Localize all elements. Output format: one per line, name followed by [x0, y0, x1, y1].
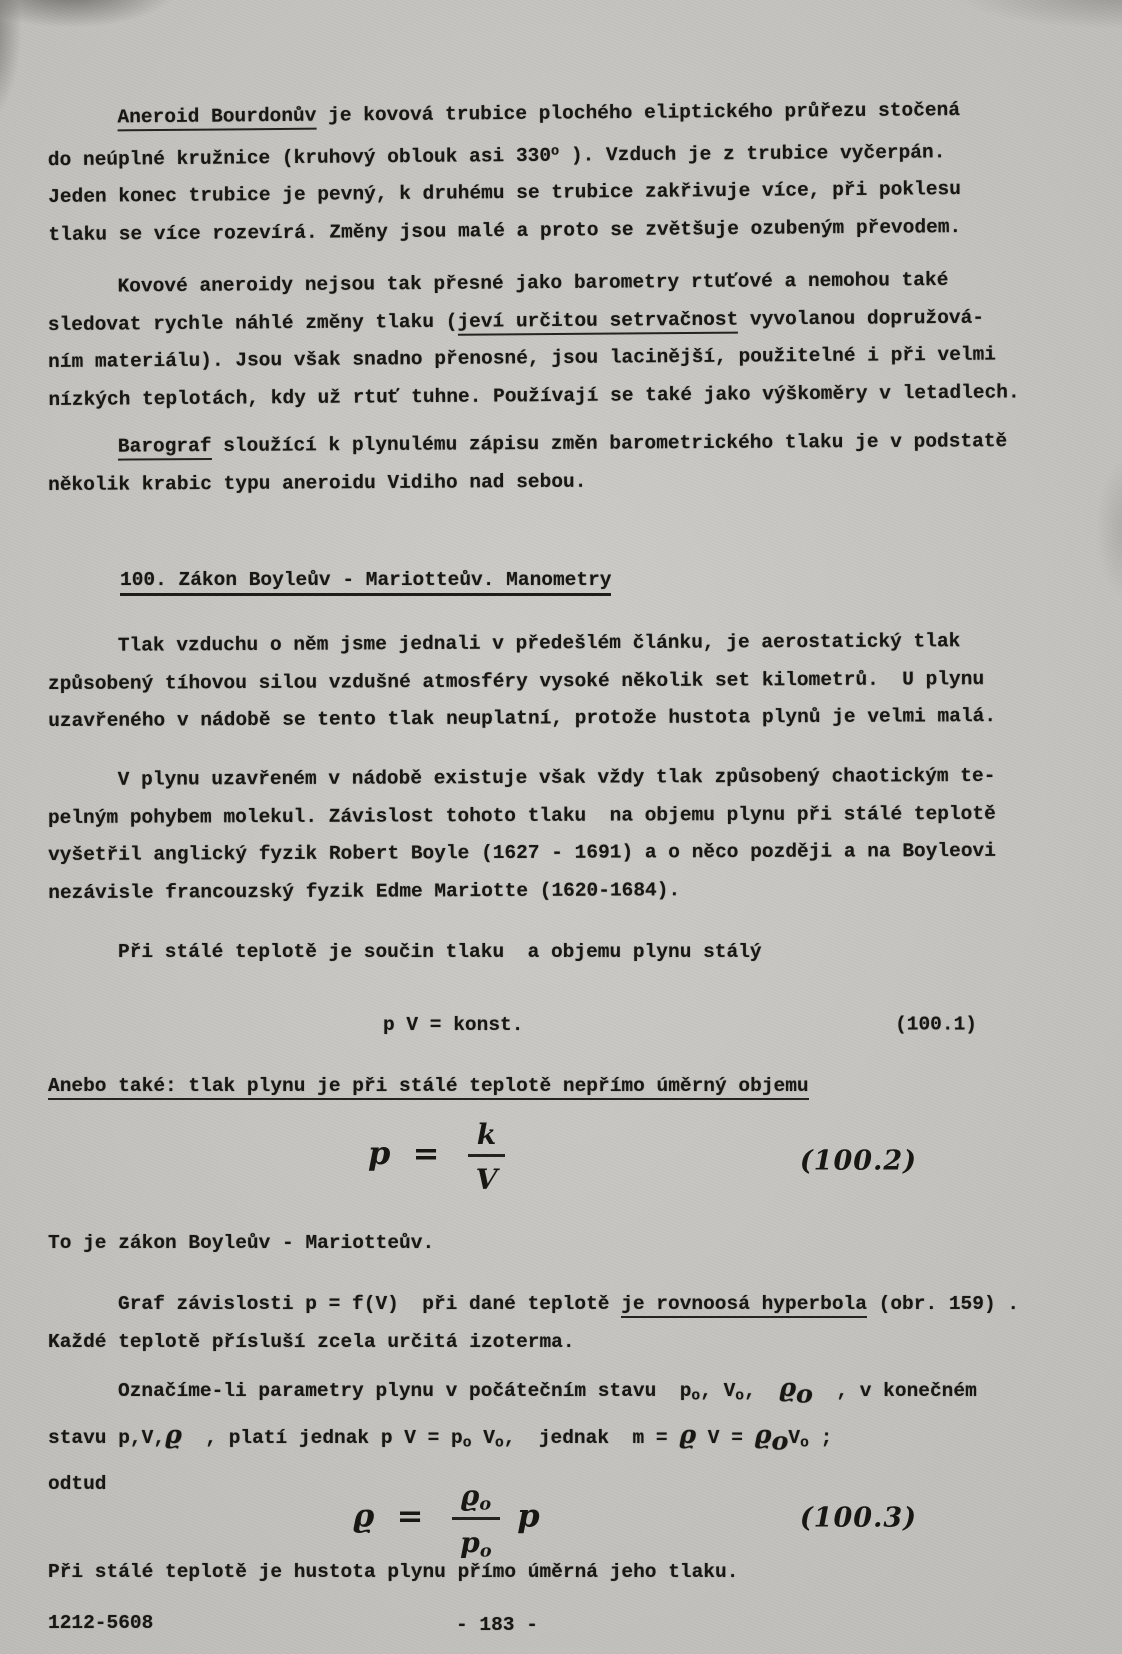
page-number: - 183 -: [456, 1607, 538, 1645]
scanned-page: Aneroid Bourdonův je kovová trubice ploc…: [0, 0, 1122, 1654]
text-segment: Při stálé teplotě je součin tlaku a obje…: [118, 941, 762, 963]
text-segment: způsobený tíhovou silou vzdušné atmosfér…: [48, 667, 984, 694]
text-segment: , v konečném: [813, 1380, 977, 1402]
text-segment: , V: [700, 1380, 735, 1402]
text-line: V plynu uzavřeném v nádobě existuje však…: [48, 758, 1077, 800]
text-segment: V =: [696, 1427, 755, 1449]
equation-formula: p V = konst.: [383, 1007, 523, 1045]
text-segment: o: [463, 1435, 472, 1451]
text-segment: V plynu uzavřeném v nádobě existuje však…: [118, 765, 996, 791]
text-segment: o: [796, 1378, 813, 1408]
fraction: ϱopo: [452, 1475, 500, 1561]
print-code: 1212-5608: [48, 1612, 153, 1634]
text-segment: Každé teplotě přísluší zcela určitá izot…: [48, 1331, 575, 1353]
text-segment: tlaku se více rozevírá. Změny jsou malé …: [48, 216, 961, 246]
para-zakon: To je zákon Boyleův - Mariotteův.: [48, 1225, 1077, 1263]
text-segment: (obr. 159) .: [867, 1293, 1019, 1315]
text-segment: o: [771, 1425, 788, 1455]
text-segment: ϱ =: [353, 1497, 446, 1535]
text-line: Označíme-li parametry plynu v počátečním…: [48, 1371, 1077, 1418]
text-segment: Označíme-li parametry plynu v počátečním…: [118, 1380, 691, 1402]
underlined-text: je rovnoosá hyperbola: [621, 1293, 867, 1318]
para-anebo: Anebo také: tlak plynu je při stálé tepl…: [48, 1068, 1077, 1106]
text-segment: sledovat rychle náhlé změny tlaku (: [48, 310, 458, 335]
text-line: uzavřeného v nádobě se tento tlak neupla…: [48, 697, 1077, 740]
text-line: nízkých teplotách, kdy už rtuť tuhne. Po…: [48, 374, 1077, 420]
text-line: Při stálé teplotě je součin tlaku a obje…: [48, 934, 1077, 972]
text-segment: Jeden konec trubice je pevný, k druhému …: [48, 178, 961, 208]
text-line: Při stálé teplotě je hustota plynu přímo…: [48, 1554, 1077, 1592]
para-barograf: Barograf sloužící k plynulému zápisu změ…: [48, 423, 1077, 504]
para-v-plynu: V plynu uzavřeném v nádobě existuje však…: [48, 758, 1078, 912]
equation-formula: ϱ = ϱopo p: [353, 1475, 540, 1561]
text-segment: o: [691, 1389, 700, 1405]
text-segment: nízkých teplotách, kdy už rtuť tuhne. Po…: [48, 381, 1019, 411]
text-segment: ;: [809, 1427, 832, 1449]
equation-formula: p = kV: [368, 1114, 511, 1197]
text-line: Graf závislosti p = f(V) při dané teplot…: [48, 1286, 1077, 1324]
text-segment: , platí jednak p V = p: [182, 1427, 463, 1449]
text-line: Anebo také: tlak plynu je při stálé tepl…: [48, 1068, 1077, 1106]
text-segment: k: [477, 1118, 497, 1151]
text-line: Každé teplotě přísluší zcela určitá izot…: [48, 1324, 1077, 1362]
fraction-numerator: k: [468, 1114, 506, 1157]
text-segment: p V = konst.: [383, 1014, 523, 1036]
text-segment: nezávisle francouzský fyzik Edme Mariott…: [48, 879, 680, 904]
text-line: 100. Zákon Boyleův - Mariotteův. Manomet…: [48, 562, 1077, 600]
document-body: Aneroid Bourdonův je kovová trubice ploc…: [48, 100, 1077, 1592]
text-segment: ϱ: [755, 1419, 772, 1449]
text-segment: Při stálé teplotě je hustota plynu přímo…: [48, 1561, 738, 1583]
text-line: Tlak vzduchu o něm jsme jednali v předeš…: [48, 622, 1077, 665]
text-line: Barograf sloužící k plynulému zápisu změ…: [48, 423, 1077, 467]
text-segment: To je zákon Boyleův - Mariotteův.: [48, 1232, 434, 1254]
para-aneroid: Aneroid Bourdonův je kovová trubice ploc…: [47, 91, 1077, 254]
eq-100-3: ϱ = ϱopo p(100.3): [48, 1475, 1077, 1560]
para-tlak-vzduchu: Tlak vzduchu o něm jsme jednali v předeš…: [48, 622, 1078, 740]
text-segment: ). Vzduch je z trubice vyčerpán.: [559, 141, 945, 166]
underlined-text: Barograf: [118, 435, 212, 461]
text-segment: ϱ: [165, 1419, 182, 1449]
text-line: pelným pohybem molekul. Závislost tohoto…: [48, 795, 1077, 837]
text-line: nezávisle francouzský fyzik Edme Mariott…: [48, 870, 1077, 912]
text-segment: o: [800, 1435, 809, 1451]
equation-number: (100.3): [800, 1502, 917, 1533]
fraction-denominator: V: [468, 1157, 506, 1197]
text-segment: Tlak vzduchu o něm jsme jednali v předeš…: [118, 630, 961, 656]
text-segment: Graf závislosti p = f(V) při dané teplot…: [118, 1293, 621, 1315]
text-segment: ,: [744, 1380, 779, 1402]
text-segment: V: [472, 1427, 495, 1449]
text-segment: ϱ: [461, 1479, 480, 1512]
text-segment: p: [506, 1497, 540, 1535]
text-segment: několik krabic typu aneroidu Vidiho nad …: [48, 470, 586, 495]
equation-number: (100.1): [895, 1007, 977, 1045]
text-segment: sloužící k plynulému zápisu změn baromet…: [211, 430, 1007, 457]
text-segment: o: [479, 1494, 491, 1515]
text-line: několik krabic typu aneroidu Vidiho nad …: [48, 460, 1077, 504]
text-segment: o: [495, 1435, 504, 1451]
text-segment: vyvolanou dopružová-: [738, 306, 984, 330]
text-segment: V: [476, 1163, 498, 1196]
text-segment: o: [735, 1389, 744, 1405]
para-hustota: Při stálé teplotě je hustota plynu přímo…: [48, 1554, 1077, 1592]
text-segment: V: [788, 1427, 800, 1449]
equation-number: (100.2): [800, 1146, 917, 1177]
eq-100-2: p = kV(100.2): [48, 1114, 1077, 1209]
text-segment: vyšetřil anglický fyzik Robert Boyle (16…: [48, 840, 996, 866]
text-segment: Kovové aneroidy nejsou tak přesné jako b…: [117, 269, 948, 298]
underlined-text: jeví určitou setrvačnost: [457, 308, 738, 335]
para-kovove: Kovové aneroidy nejsou tak přesné jako b…: [47, 261, 1077, 419]
text-segment: , jednak m =: [504, 1427, 680, 1449]
text-segment: stavu p,V,: [48, 1427, 165, 1449]
text-segment: ϱ: [779, 1372, 796, 1402]
text-segment: do neúplné kružnice (kruhový oblouk asi …: [48, 144, 551, 170]
text-line: vyšetřil anglický fyzik Robert Boyle (16…: [48, 833, 1077, 875]
heading-100: 100. Zákon Boyleův - Mariotteův. Manomet…: [48, 562, 1077, 600]
text-segment: p =: [368, 1134, 462, 1172]
underlined-text: Anebo také: tlak plynu je při stálé tepl…: [48, 1075, 809, 1100]
text-segment: je kovová trubice plochého eliptického p…: [316, 99, 960, 127]
text-segment: uzavřeného v nádobě se tento tlak neupla…: [48, 705, 996, 732]
underlined-text: Aneroid Bourdonův: [117, 105, 316, 132]
text-line: způsobený tíhovou silou vzdušné atmosfér…: [48, 660, 1077, 703]
text-segment: ϱ: [679, 1419, 696, 1449]
text-line: stavu p,V,ϱ , platí jednak p V = po Vo, …: [48, 1418, 1077, 1465]
para-soucin: Při stálé teplotě je součin tlaku a obje…: [48, 934, 1077, 972]
text-segment: pelným pohybem molekul. Závislost tohoto…: [48, 803, 996, 829]
para-graf: Graf závislosti p = f(V) při dané teplot…: [48, 1286, 1077, 1361]
text-line: To je zákon Boyleův - Mariotteův.: [48, 1225, 1077, 1263]
underlined-text: 100. Zákon Boyleův - Mariotteův. Manomet…: [120, 569, 611, 596]
eq-100-1: p V = konst.(100.1): [48, 1007, 1077, 1045]
text-segment: ním materiálu). Jsou však snadno přenosn…: [48, 344, 996, 373]
fraction: kV: [468, 1114, 506, 1197]
page-footer: 1212-5608 - 183 -: [48, 1605, 1077, 1643]
fraction-numerator: ϱo: [452, 1475, 500, 1519]
